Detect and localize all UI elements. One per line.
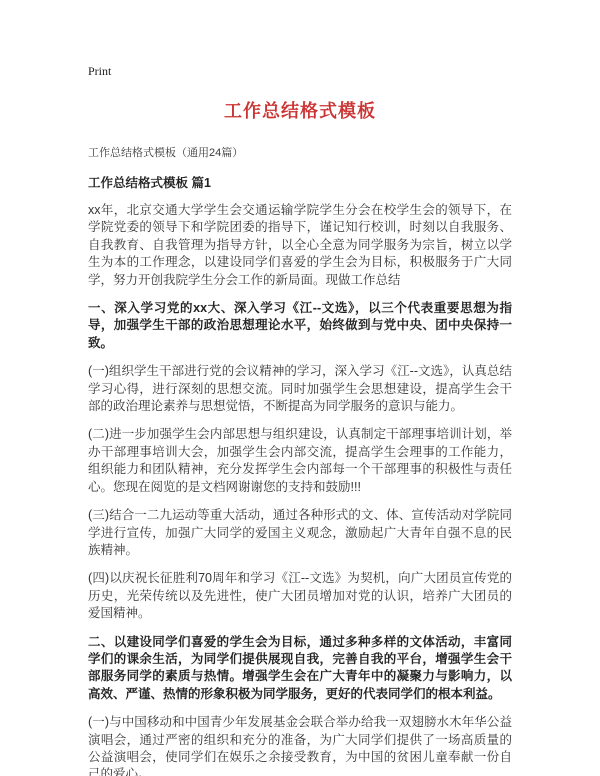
body-paragraph-item-5: (一)与中国移动和中国青少年发展基金会联合举办给我一双翅膀水木年华公益演唱会，通… — [88, 714, 512, 776]
body-paragraph-item-1: (一)组织学生干部进行党的会议精神的学习，深入学习《江--文选》，认真总结学习心… — [88, 363, 512, 415]
doc-subtitle: 工作总结格式模板（通用24篇） — [88, 144, 512, 160]
document-page: Print 工作总结格式模板 工作总结格式模板（通用24篇） 工作总结格式模板 … — [0, 0, 600, 776]
print-link[interactable]: Print — [88, 64, 111, 79]
body-paragraph-section-2-heading: 二、以建设同学们喜爱的学生会为目标，通过多种多样的文体活动，丰富同学们的课余生活… — [88, 634, 512, 704]
body-paragraph-section-1-heading: 一、深入学习党的xx大、深入学习《江--文选》，以三个代表重要思想为指导，加强学… — [88, 300, 512, 352]
body-paragraph-item-3: (三)结合一二九运动等重大活动，通过各种形式的文、体、宣传活动对学院同学进行宣传… — [88, 507, 512, 559]
body-paragraph-intro: xx年，北京交通大学学生会交通运输学院学生分会在校学生会的领导下，在学院党委的领… — [88, 202, 512, 289]
body-paragraph-item-4: (四)以庆祝长征胜利70周年和学习《江--文选》为契机，向广大团员宣传党的历史，… — [88, 570, 512, 622]
body-paragraph-item-2: (二)进一步加强学生会内部思想与组织建设，认真制定干部理事培训计划，举办干部理事… — [88, 426, 512, 496]
section-heading: 工作总结格式模板 篇1 — [88, 173, 512, 191]
page-title: 工作总结格式模板 — [88, 97, 512, 123]
